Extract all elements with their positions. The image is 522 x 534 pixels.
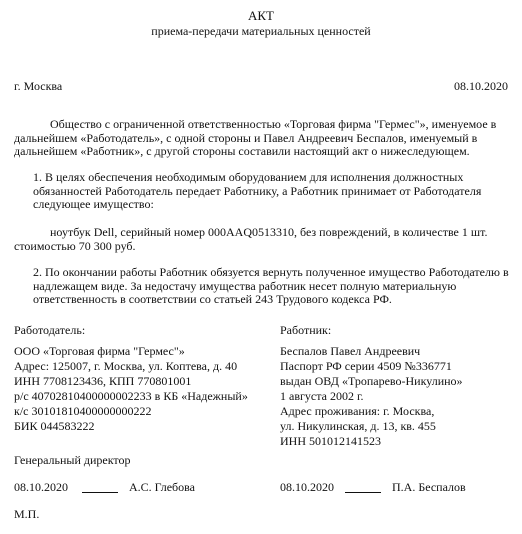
employee-address: Адрес проживания: г. Москва, [280, 404, 463, 419]
document-title: АКТ [0, 9, 522, 23]
employer-position: Генеральный директор [14, 453, 131, 467]
intro-line: дальнейшем «Работодатель», с одной сторо… [14, 132, 496, 146]
employer-sign-date: 08.10.2020 [14, 480, 68, 494]
employer-signer-name: А.С. Глебова [129, 480, 195, 494]
employer-name: ООО «Торговая фирма "Гермес"» [14, 344, 248, 359]
clause-1: 1. В целях обеспечения необходимым обору… [33, 171, 481, 212]
document-subtitle: приема-передачи материальных ценностей [0, 24, 522, 38]
intro-line: Общество с ограниченной ответственностью… [14, 118, 496, 132]
intro-paragraph: Общество с ограниченной ответственностью… [14, 118, 496, 159]
employee-sign-date: 08.10.2020 [280, 480, 334, 494]
document-city: г. Москва [14, 79, 62, 93]
employee-signature-line [345, 492, 381, 493]
document-date: 08.10.2020 [454, 79, 508, 93]
item-line: ноутбук Dell, серийный номер 000AAQ05133… [14, 226, 487, 240]
transferred-item: ноутбук Dell, серийный номер 000AAQ05133… [14, 226, 487, 253]
employer-signature-line [82, 492, 118, 493]
employer-account: р/с 40702810400000002233 в КБ «Надежный» [14, 389, 248, 404]
clause-2: 2. По окончании работы Работник обязуетс… [33, 266, 509, 307]
clause-2-line: 2. По окончании работы Работник обязуетс… [33, 266, 509, 280]
employer-bik: БИК 044583222 [14, 419, 248, 434]
employer-heading: Работодатель: [14, 323, 85, 337]
clause-2-line: ответственность в соответствии со статье… [33, 293, 509, 307]
clause-2-line: надлежащем виде. За недостачу имущества … [33, 280, 509, 294]
intro-line: дальнейшем «Работник», с другой стороны … [14, 145, 496, 159]
employee-inn: ИНН 501012141523 [280, 434, 463, 449]
stamp-place: М.П. [14, 507, 39, 521]
clause-1-line: обязанностей Работодатель передает Работ… [33, 185, 481, 199]
employer-inn-kpp: ИНН 7708123436, КПП 770801001 [14, 374, 248, 389]
clause-1-line: 1. В целях обеспечения необходимым обору… [33, 171, 481, 185]
employee-signer-name: П.А. Беспалов [392, 480, 466, 494]
employer-corr-account: к/с 30101810400000000222 [14, 404, 248, 419]
employee-heading: Работник: [280, 323, 331, 337]
item-line: стоимостью 70 300 руб. [14, 240, 487, 254]
employee-address-street: ул. Никулинская, д. 13, кв. 455 [280, 419, 463, 434]
employer-address: Адрес: 125007, г. Москва, ул. Коптева, д… [14, 359, 248, 374]
employee-passport: Паспорт РФ серии 4509 №336771 [280, 359, 463, 374]
employer-details: ООО «Торговая фирма "Гермес"» Адрес: 125… [14, 344, 248, 434]
employee-passport-issuer: выдан ОВД «Тропарево-Никулино» [280, 374, 463, 389]
employee-name: Беспалов Павел Андреевич [280, 344, 463, 359]
clause-1-line: следующее имущество: [33, 198, 481, 212]
employee-details: Беспалов Павел Андреевич Паспорт РФ сери… [280, 344, 463, 449]
employee-passport-date: 1 августа 2002 г. [280, 389, 463, 404]
